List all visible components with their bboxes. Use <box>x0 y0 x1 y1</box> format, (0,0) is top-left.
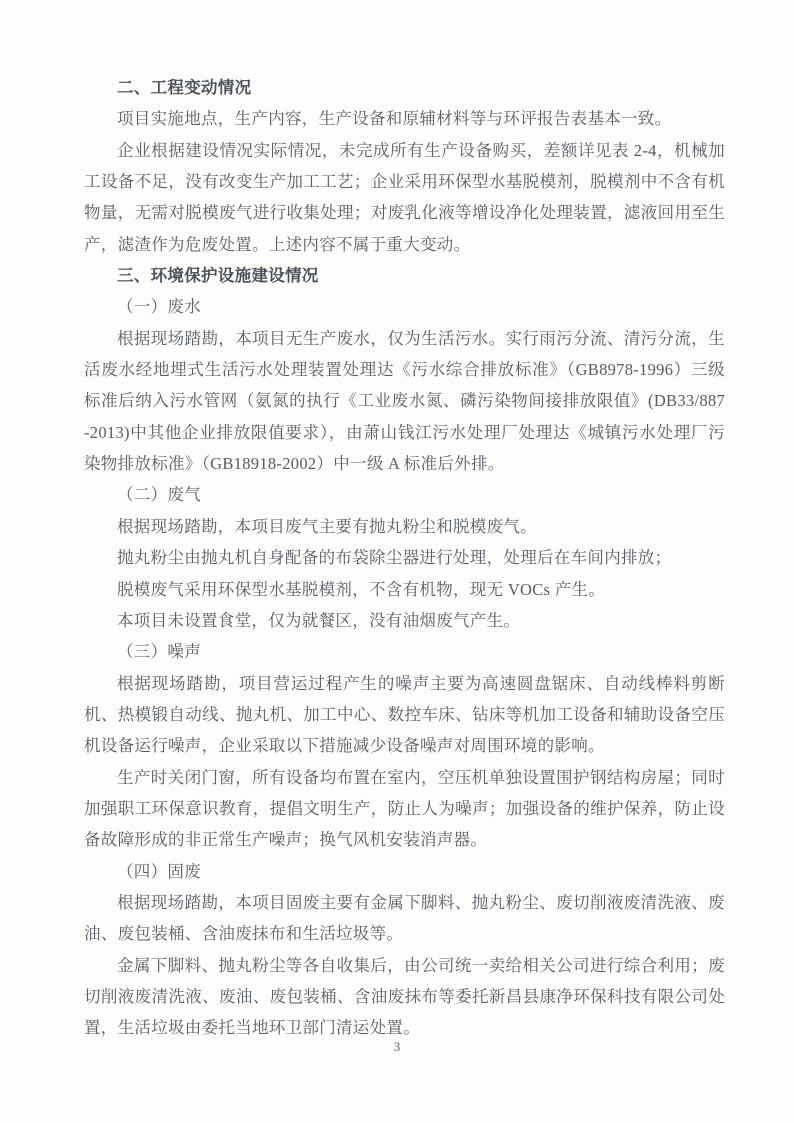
sub-heading: （三）噪声 <box>84 636 725 667</box>
paragraph: 金属下脚料、抛丸粉尘等各自收集后，由公司统一卖给相关公司进行综合利用；废切削液废… <box>84 950 725 1044</box>
page-footer: 3 <box>0 1038 794 1056</box>
paragraph: 本项目未设置食堂，仅为就餐区，没有油烟废气产生。 <box>84 605 725 636</box>
paragraph: 脱模废气采用环保型水基脱模剂，不含有机物，现无 VOCs 产生。 <box>84 574 725 605</box>
paragraph: 根据现场踏勘，本项目固废主要有金属下脚料、抛丸粉尘、废切削液废清洗液、废油、废包… <box>84 887 725 950</box>
document-body: 二、工程变动情况项目实施地点，生产内容，生产设备和原辅材料等与环评报告表基本一致… <box>84 72 725 1044</box>
section-heading: 三、环境保护设施建设情况 <box>84 260 725 291</box>
paragraph: 抛丸粉尘由抛丸机自身配备的布袋除尘器进行处理，处理后在车间内排放； <box>84 542 725 573</box>
paragraph: 企业根据建设情况实际情况，未完成所有生产设备购买，差额详见表 2-4，机械加工设… <box>84 135 725 260</box>
paragraph: 根据现场踏勘，本项目废气主要有抛丸粉尘和脱模废气。 <box>84 511 725 542</box>
page-number: 3 <box>394 1039 401 1054</box>
sub-heading: （二）废气 <box>84 479 725 510</box>
sub-heading: （四）固废 <box>84 856 725 887</box>
document-page: 二、工程变动情况项目实施地点，生产内容，生产设备和原辅材料等与环评报告表基本一致… <box>0 0 794 1123</box>
section-heading: 二、工程变动情况 <box>84 72 725 103</box>
paragraph: 根据现场踏勘，本项目无生产废水，仅为生活污水。实行雨污分流、清污分流，生活废水经… <box>84 323 725 480</box>
paragraph: 根据现场踏勘，项目营运过程产生的噪声主要为高速圆盘锯床、自动线棒料剪断机、热模锻… <box>84 668 725 762</box>
paragraph: 项目实施地点，生产内容，生产设备和原辅材料等与环评报告表基本一致。 <box>84 103 725 134</box>
paragraph: 生产时关闭门窗，所有设备均布置在室内，空压机单独设置围护钢结构房屋；同时加强职工… <box>84 762 725 856</box>
sub-heading: （一）废水 <box>84 291 725 322</box>
